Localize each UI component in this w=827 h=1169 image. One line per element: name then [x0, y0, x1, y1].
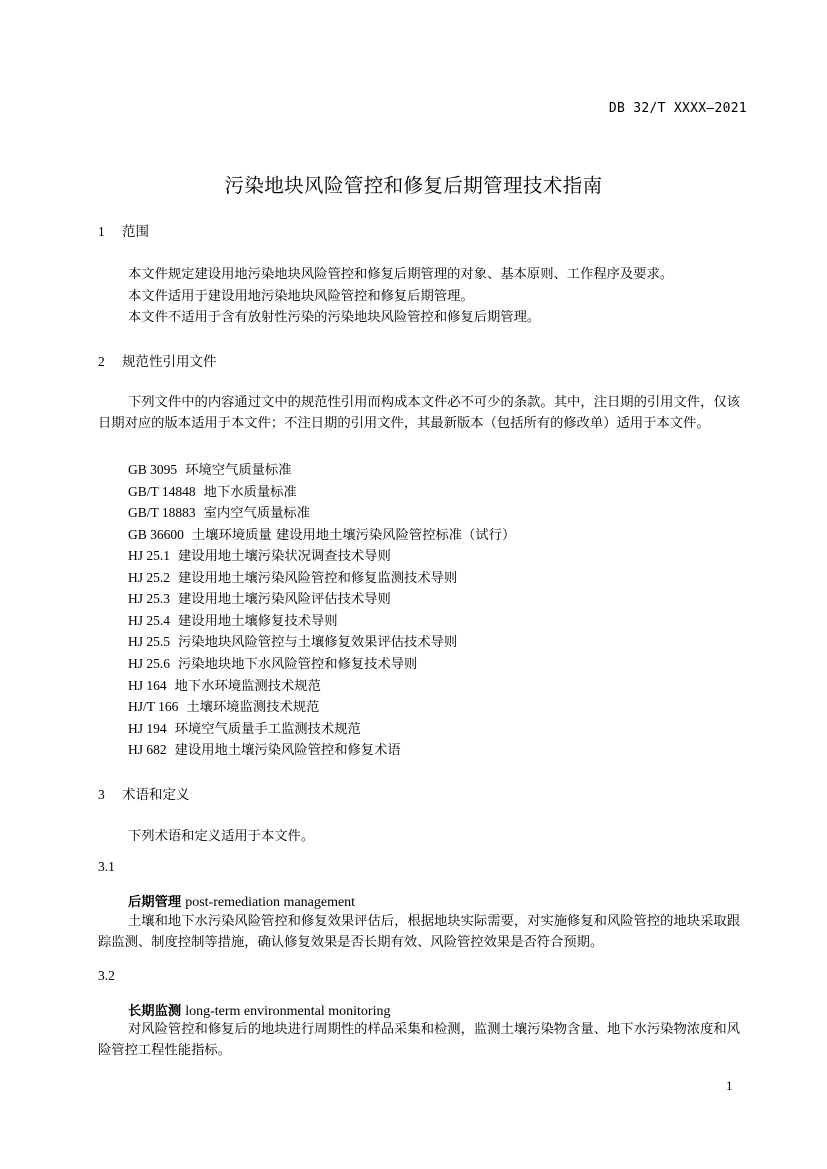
page-number: 1	[726, 1078, 733, 1094]
reference-code: HJ 25.2	[128, 570, 170, 585]
section-number: 3	[98, 787, 122, 803]
reference-title: 地下水环境监测技术规范	[175, 679, 321, 694]
reference-item: HJ 25.5污染地块风险管控与土壤修复效果评估技术导则	[128, 631, 457, 650]
reference-title: 建设用地土壤污染风险管控和修复监测技术导则	[178, 571, 457, 586]
standard-code: DB 32/T XXXX—2021	[609, 101, 747, 116]
reference-item: GB/T 14848地下水质量标准	[128, 481, 297, 500]
term-en: post-remediation management	[185, 895, 355, 910]
reference-title: 土壤环境质量 建设用地土壤污染风险管控标准（试行）	[192, 528, 515, 543]
reference-title: 土壤环境监测技术规范	[186, 700, 319, 715]
reference-title: 建设用地土壤污染风险评估技术导则	[178, 592, 391, 607]
paragraph-intro: 下列文件中的内容通过文中的规范性引用而构成本文件必不可少的条款。其中，注日期的引…	[98, 392, 740, 434]
reference-title: 建设用地土壤污染风险管控和修复术语	[175, 743, 401, 758]
reference-title: 污染地块风险管控与土壤修复效果评估技术导则	[178, 635, 457, 650]
document-title: 污染地块风险管控和修复后期管理技术指南	[0, 170, 827, 198]
reference-code: GB/T 18883	[128, 505, 196, 520]
reference-code: GB 36600	[128, 527, 184, 542]
term-en: long-term environmental monitoring	[185, 1004, 390, 1019]
section-number: 1	[98, 224, 122, 240]
term-number: 3.1	[98, 859, 115, 875]
section-2-heading: 2规范性引用文件	[98, 350, 217, 370]
reference-code: GB 3095	[128, 462, 177, 477]
reference-code: HJ 682	[128, 742, 167, 757]
reference-title: 地下水质量标准	[204, 485, 297, 500]
reference-item: GB 36600土壤环境质量 建设用地土壤污染风险管控标准（试行）	[128, 524, 515, 543]
term-zh: 后期管理	[128, 895, 181, 910]
reference-title: 污染地块地下水风险管控和修复技术导则	[178, 657, 417, 672]
term-definition: 土壤和地下水污染风险管控和修复效果评估后，根据地块实际需要，对实施修复和风险管控…	[98, 911, 740, 953]
reference-item: HJ 194环境空气质量手工监测技术规范	[128, 718, 361, 737]
reference-item: HJ 25.6污染地块地下水风险管控和修复技术导则	[128, 653, 417, 672]
reference-code: HJ 164	[128, 678, 167, 693]
term-zh: 长期监测	[128, 1004, 181, 1019]
section-title: 规范性引用文件	[122, 354, 217, 370]
reference-code: HJ 25.6	[128, 656, 170, 671]
reference-title: 环境空气质量手工监测技术规范	[175, 722, 361, 737]
reference-code: HJ 25.4	[128, 613, 170, 628]
section-3-heading: 3术语和定义	[98, 783, 190, 803]
reference-item: GB/T 18883室内空气质量标准	[128, 502, 310, 521]
reference-item: HJ 25.1建设用地土壤污染状况调查技术导则	[128, 545, 391, 564]
section-number: 2	[98, 354, 122, 370]
term-number: 3.2	[98, 968, 115, 984]
paragraph: 本文件适用于建设用地污染地块风险管控和修复后期管理。	[128, 285, 474, 304]
reference-title: 建设用地土壤修复技术导则	[178, 614, 338, 629]
section-1-heading: 1范围	[98, 220, 149, 240]
paragraph: 本文件规定建设用地污染地块风险管控和修复后期管理的对象、基本原则、工作程序及要求…	[128, 263, 673, 282]
reference-item: HJ 682建设用地土壤污染风险管控和修复术语	[128, 739, 401, 758]
paragraph: 本文件不适用于含有放射性污染的污染地块风险管控和修复后期管理。	[128, 306, 540, 325]
reference-code: HJ 194	[128, 721, 167, 736]
reference-item: GB 3095环境空气质量标准	[128, 459, 292, 478]
reference-code: GB/T 14848	[128, 484, 196, 499]
paragraph-intro: 下列术语和定义适用于本文件。	[128, 825, 314, 844]
reference-code: HJ/T 166	[128, 699, 178, 714]
reference-item: HJ 25.3建设用地土壤污染风险评估技术导则	[128, 588, 391, 607]
term-heading: 长期监测long-term environmental monitoring	[128, 1000, 390, 1020]
reference-code: HJ 25.1	[128, 548, 170, 563]
section-title: 术语和定义	[122, 787, 190, 803]
term-heading: 后期管理post-remediation management	[128, 891, 355, 911]
reference-code: HJ 25.3	[128, 591, 170, 606]
reference-title: 环境空气质量标准	[185, 463, 291, 478]
reference-item: HJ 25.4建设用地土壤修复技术导则	[128, 610, 338, 629]
reference-item: HJ 164地下水环境监测技术规范	[128, 675, 321, 694]
section-title: 范围	[122, 224, 149, 240]
reference-title: 建设用地土壤污染状况调查技术导则	[178, 549, 391, 564]
reference-title: 室内空气质量标准	[204, 506, 310, 521]
reference-item: HJ/T 166土壤环境监测技术规范	[128, 696, 319, 715]
term-definition: 对风险管控和修复后的地块进行周期性的样品采集和检测，监测土壤污染物含量、地下水污…	[98, 1019, 740, 1061]
reference-item: HJ 25.2建设用地土壤污染风险管控和修复监测技术导则	[128, 567, 457, 586]
reference-code: HJ 25.5	[128, 634, 170, 649]
document-page: DB 32/T XXXX—2021 污染地块风险管控和修复后期管理技术指南 1范…	[0, 0, 827, 1169]
